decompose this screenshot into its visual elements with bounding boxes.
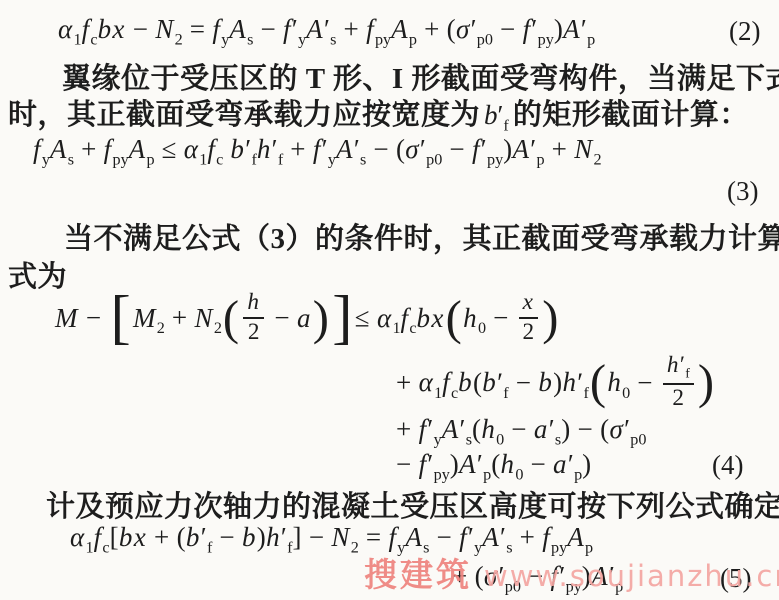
paragraph-2-line-1: 当不满足公式（3）的条件时，其正截面受弯承载力计算公 xyxy=(64,216,779,257)
document-page: α1fcbx − N2 = fyAs − f′yA′s + fpyAp + (σ… xyxy=(0,0,779,600)
paragraph-1-line-1: 翼缘位于受压区的 T 形、I 形截面受弯构件，当满足下式 xyxy=(62,56,779,97)
paragraph-3: 计及预应力次轴力的混凝土受压区高度可按下列公式确定： xyxy=(46,484,779,525)
inline-variable-bf: b′f xyxy=(480,100,513,130)
equation-3: fyAs + fpyAp ≤ α1fc b′fh′f + f′yA′s − (σ… xyxy=(33,134,602,169)
equation-5-line-2: + (σ′p0 − f′py)A′p xyxy=(452,561,623,596)
paragraph-1-line-2: 时，其正截面受弯承载力应按宽度为b′f的矩形截面计算： xyxy=(8,92,749,135)
equation-4-number: (4) xyxy=(712,450,743,481)
equation-4-line-2: + α1fcb(b′f − b)h′f(h0 − h′f2) xyxy=(396,356,715,415)
equation-2-number: (2) xyxy=(729,16,760,47)
equation-5-line-1: α1fc[bx + (b′f − b)h′f] − N2 = fyAs − f′… xyxy=(70,522,593,557)
paragraph-2-line-2: 式为 xyxy=(8,254,67,295)
equation-4-line-4: − f′py)A′p(h0 − a′p) xyxy=(396,449,591,484)
paragraph-1-line-2-post: 的矩形截面计算： xyxy=(513,99,749,131)
paragraph-1-line-2-pre: 时，其正截面受弯承载力应按宽度为 xyxy=(8,99,480,131)
equation-5-number: (5) xyxy=(720,563,751,594)
equation-4-line-3: + f′yA′s(h0 − a′s) − (σ′p0 xyxy=(396,414,646,449)
equation-3-number: (3) xyxy=(727,176,758,207)
equation-4-line-1: M − [M2 + N2(h2 − a)]≤ α1fcbx(h0 − x2) xyxy=(55,293,560,348)
equation-2: α1fcbx − N2 = fyAs − f′yA′s + fpyAp + (σ… xyxy=(58,14,595,49)
